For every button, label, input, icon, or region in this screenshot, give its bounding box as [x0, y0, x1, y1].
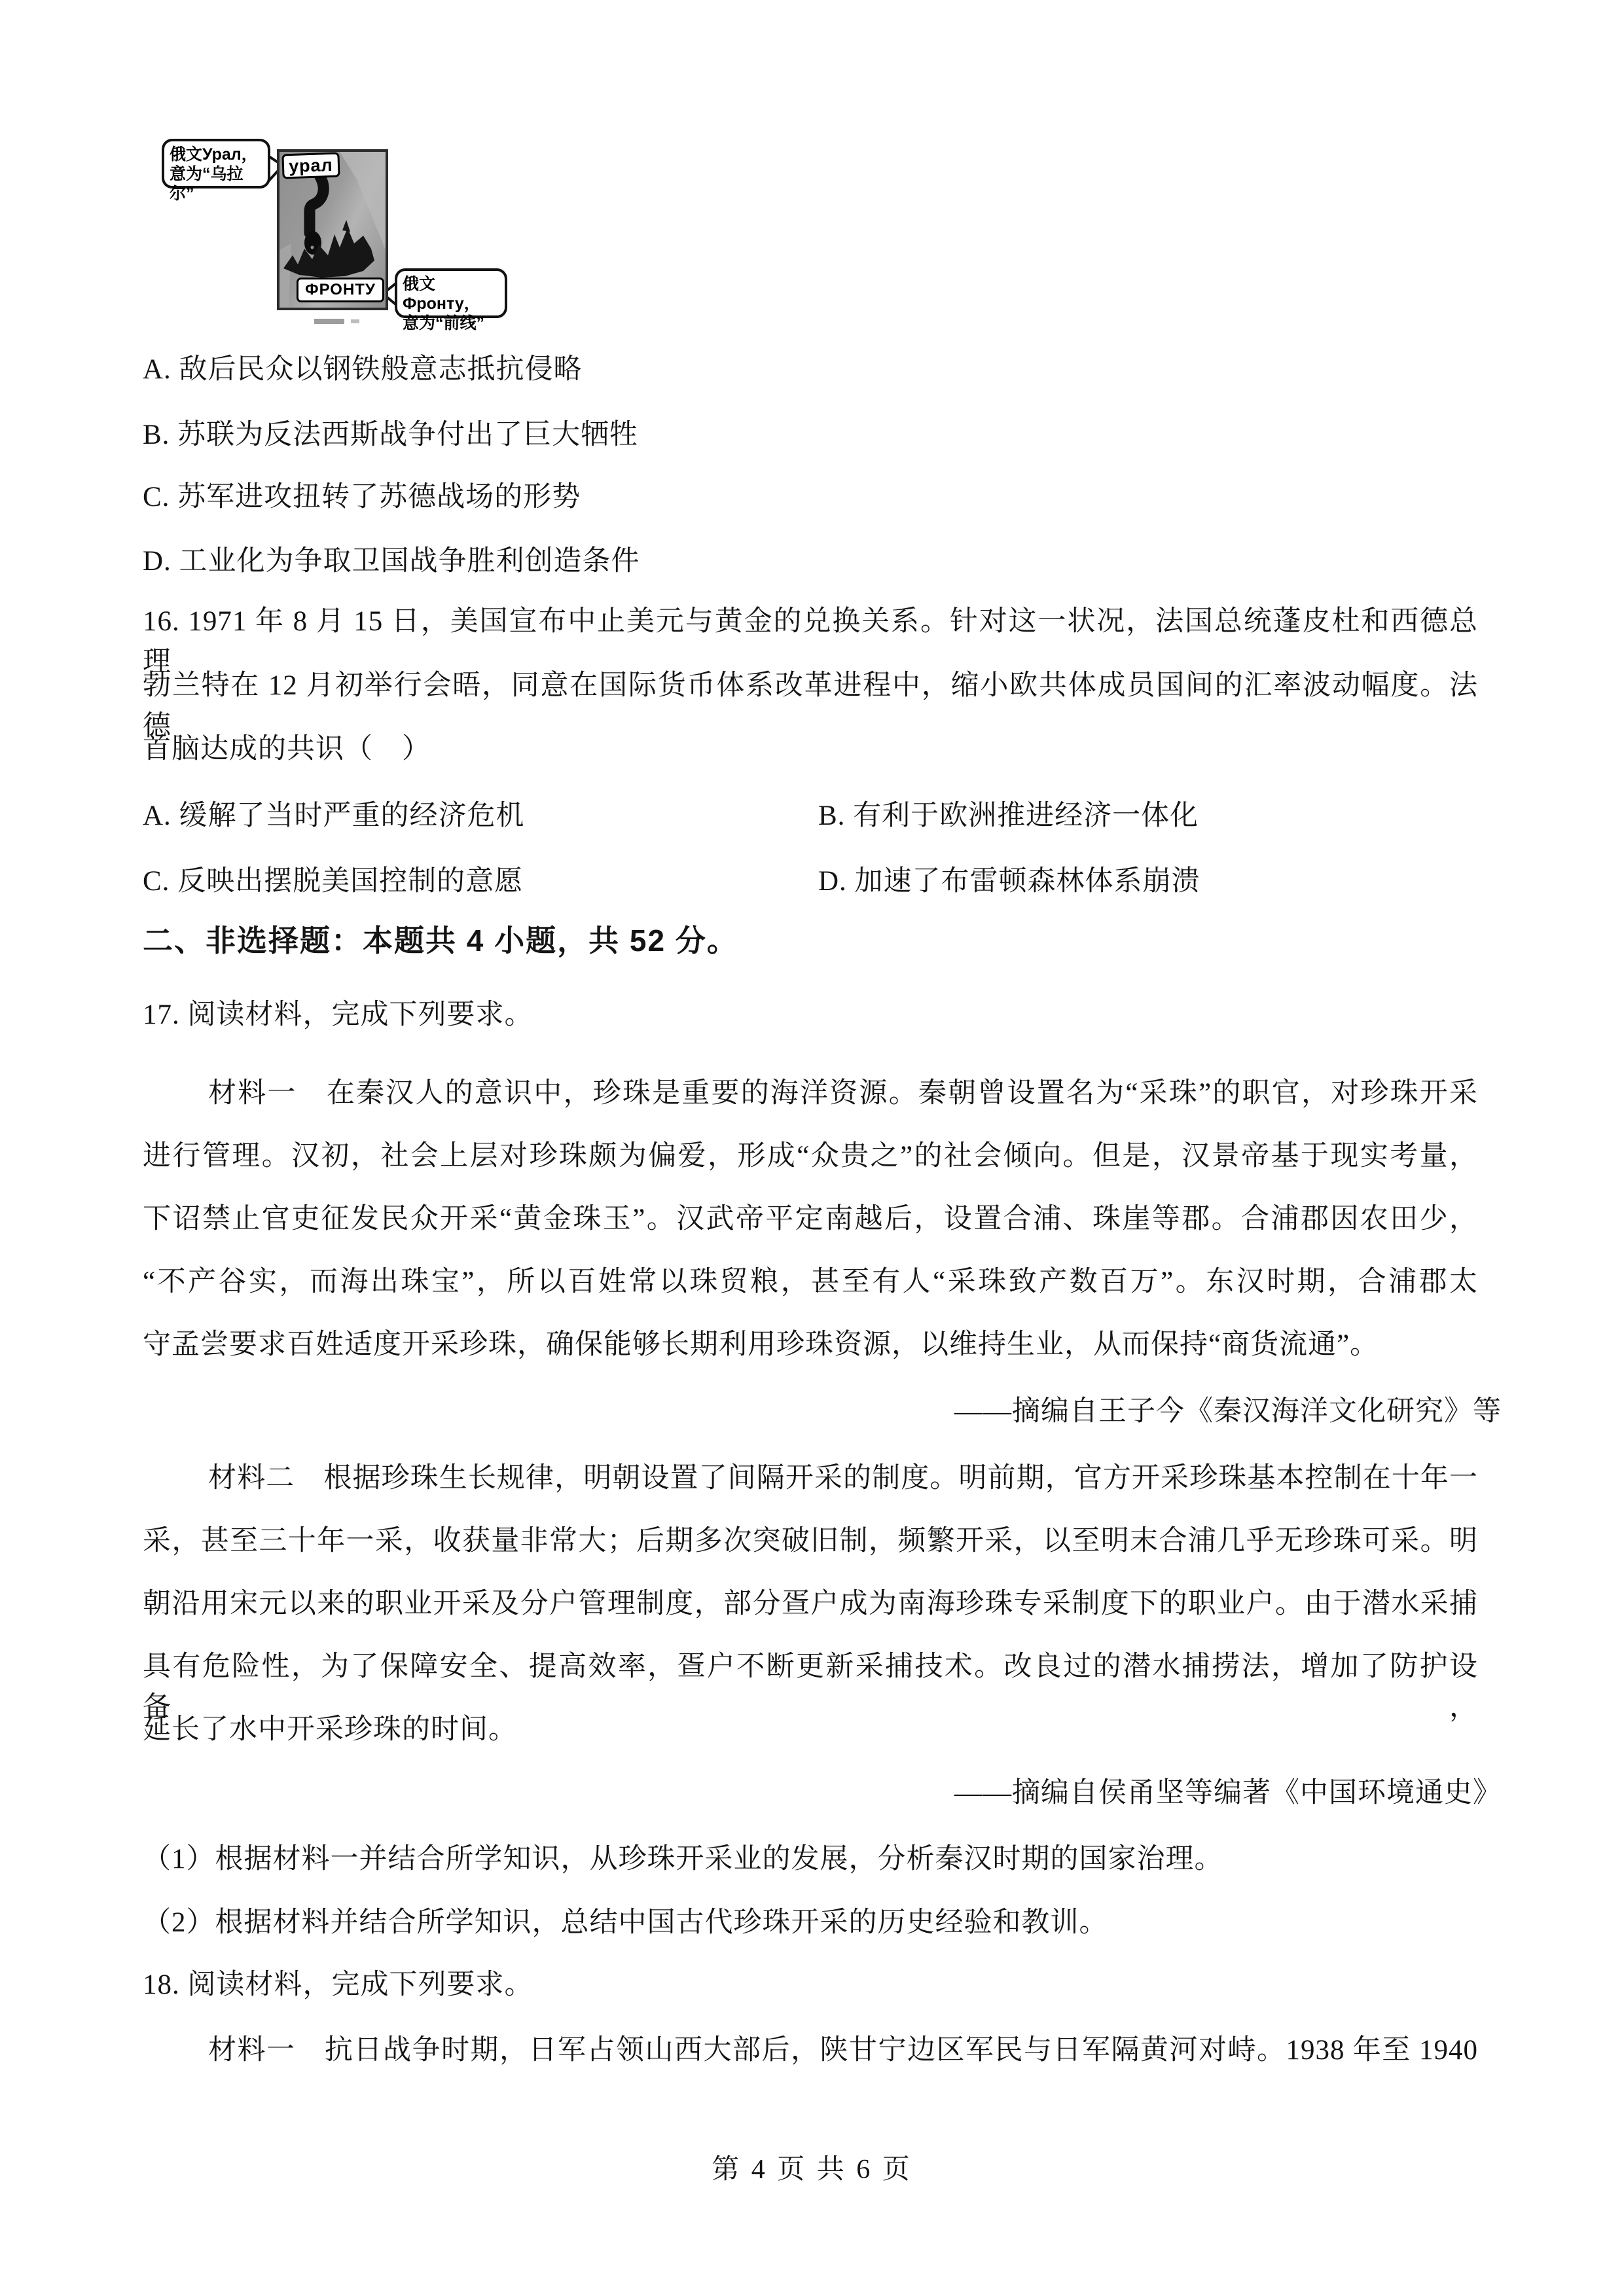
- callout-ural-line2: 意为“乌拉尔”: [170, 164, 262, 204]
- q17-subquestion-2: （2）根据材料并结合所学知识，总结中国古代珍珠开采的历史经验和教训。: [143, 1903, 1478, 1943]
- exam-page: 俄文Урал， 意为“乌拉尔” урал ФРОНТУ 俄文Фронту， 意为…: [0, 0, 1624, 2296]
- q15-option-c: C. 苏军进攻扭转了苏德战场的形势: [143, 477, 1478, 518]
- q15-option-a: A. 敌后民众以钢铁般意志抵抗侵略: [143, 350, 1478, 390]
- q15-option-b: B. 苏联为反法西斯战争付出了巨大牺牲: [143, 415, 1478, 456]
- q17-material1-line-5: 守孟尝要求百姓适度开采珍珠，确保能够长期利用珍珠资源，以维持生业，从而保持“商货…: [143, 1325, 1478, 1365]
- callout-frontu-line2: 意为“前线”: [403, 314, 499, 333]
- q17-material2-source: ——摘编自侯甬坚等编著《中国环境通史》: [143, 1773, 1507, 1814]
- callout-frontu-line1: 俄文Фронту，: [403, 274, 499, 314]
- soviet-poster: урал ФРОНТУ: [277, 149, 388, 310]
- q17-material1-line-4: “不产谷实，而海出珠宝”，所以百姓常以珠贸粮，甚至有人“采珠致产数百万”。东汉时…: [143, 1262, 1478, 1302]
- figure-smudge: [314, 319, 344, 324]
- q17-material1-line-2: 进行管理。汉初，社会上层对珍珠颇为偏爱，形成“众贵之”的社会倾向。但是，汉景帝基…: [143, 1136, 1478, 1177]
- q17-intro: 17. 阅读材料，完成下列要求。: [143, 995, 1478, 1035]
- callout-ural-line1: 俄文Урал，: [170, 145, 262, 164]
- q17-material2-line-2: 采，甚至三十年一采，收获量非常大；后期多次突破旧制，频繁开采，以至明末合浦几乎无…: [143, 1521, 1478, 1562]
- poster-figure: 俄文Урал， 意为“乌拉尔” урал ФРОНТУ 俄文Фронту， 意为…: [145, 134, 538, 337]
- q17-material1-line-1: 材料一 在秦汉人的意识中，珍珠是重要的海洋资源。秦朝曾设置名为“采珠”的职官，对…: [143, 1073, 1478, 1114]
- q17-material2-line-1: 材料二 根据珍珠生长规律，明朝设置了间隔开采的制度。明前期，官方开采珍珠基本控制…: [143, 1458, 1478, 1499]
- page-number: 第 4 页 共 6 页: [0, 2153, 1624, 2186]
- q15-option-d: D. 工业化为争取卫国战争胜利创造条件: [143, 541, 1478, 582]
- callout-ural: 俄文Урал， 意为“乌拉尔”: [162, 139, 270, 188]
- q16-stem-line-3: 首脑达成的共识（ ）: [143, 729, 1478, 770]
- poster-label-frontu: ФРОНТУ: [297, 278, 384, 302]
- q16-option-b: B. 有利于欧洲推进经济一体化: [818, 796, 1479, 836]
- figure-smudge-dot: [351, 319, 359, 323]
- q18-intro: 18. 阅读材料，完成下列要求。: [143, 1965, 1478, 2005]
- q17-subquestion-1: （1）根据材料一并结合所学知识，从珍珠开采业的发展，分析秦汉时期的国家治理。: [143, 1839, 1478, 1880]
- q17-material2-line-5: 延长了水中开采珍珠的时间。: [143, 1710, 1478, 1750]
- q18-material1-line-1: 材料一 抗日战争时期，日军占领山西大部后，陕甘宁边区军民与日军隔黄河对峙。193…: [143, 2030, 1478, 2071]
- q16-option-d: D. 加速了布雷顿森林体系崩溃: [818, 861, 1479, 902]
- q17-material2-line-3: 朝沿用宋元以来的职业开采及分户管理制度，部分疍户成为南海珍珠专采制度下的职业户。…: [143, 1584, 1478, 1624]
- section-2-heading: 二、非选择题：本题共 4 小题，共 52 分。: [143, 920, 1478, 961]
- q17-material1-source: ——摘编自王子今《秦汉海洋文化研究》等: [143, 1391, 1507, 1432]
- q17-material1-line-3: 下诏禁止官吏征发民众开采“黄金珠玉”。汉武帝平定南越后，设置合浦、珠崖等郡。合浦…: [143, 1199, 1478, 1240]
- poster-label-ural: урал: [281, 152, 340, 179]
- callout-frontu: 俄文Фронту， 意为“前线”: [395, 268, 507, 318]
